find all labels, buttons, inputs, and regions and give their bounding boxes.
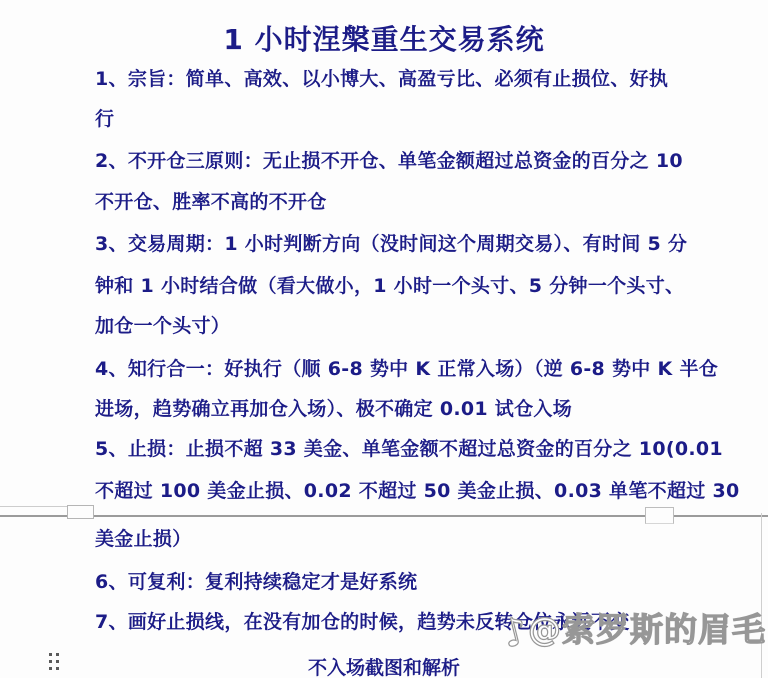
word-document-page: 1 小时涅槃重生交易系统 1、宗旨：简单、高效、以小博大、高盈亏比、必须有止损位… [0, 0, 768, 678]
body-line: 行 [95, 108, 114, 131]
handle-dot [56, 660, 59, 663]
text-boundary-line-left [0, 506, 67, 507]
page-title: 1 小时涅槃重生交易系统 [0, 18, 768, 58]
body-line: 3、交易周期：1 小时判断方向（没时间这个周期交易）、有时间 5 分 [95, 233, 687, 256]
body-line: 不超过 100 美金止损、0.02 不超过 50 美金止损、0.03 单笔不超过… [95, 480, 740, 503]
body-line: 不开仓、胜率不高的不开仓 [95, 191, 327, 214]
handle-dot [49, 660, 52, 663]
handle-dot [56, 667, 59, 670]
footer-centered-line: 不入场截图和解析 [0, 653, 768, 678]
watermark-text: @索罗斯的眉毛 [528, 610, 766, 649]
body-line: 加仓一个头寸） [95, 315, 230, 338]
table-move-handle[interactable] [49, 653, 59, 670]
body-line: 进场，趋势确立再加仓入场）、极不确定 0.01 试仓入场 [95, 398, 572, 421]
handle-dot [56, 653, 59, 656]
body-line: 4、知行合一：好执行（顺 6-8 势中 K 正常入场）（逆 6-8 势中 K 半… [95, 358, 718, 381]
body-line: 5、止损：止损不超 33 美金、单笔金额不超过总资金的百分之 10(0.01 [95, 438, 723, 461]
body-line: 6、可复利：复利持续稳定才是好系统 [95, 571, 417, 594]
watermark: ♪@索罗斯的眉毛 [503, 604, 766, 654]
body-line: 美金止损） [95, 528, 192, 551]
body-line: 2、不开仓三原则：无止损不开仓、单笔金额超过总资金的百分之 10 [95, 150, 683, 173]
text-boundary-bracket-left [67, 505, 94, 519]
body-line: 1、宗旨：简单、高效、以小博大、高盈亏比、必须有止损位、好执 [95, 68, 668, 91]
body-line: 钟和 1 小时结合做（看大做小，1 小时一个头寸、5 分钟一个头寸、 [95, 275, 684, 298]
handle-dot [49, 667, 52, 670]
text-boundary-bracket-right [645, 507, 674, 524]
handle-dot [49, 653, 52, 656]
